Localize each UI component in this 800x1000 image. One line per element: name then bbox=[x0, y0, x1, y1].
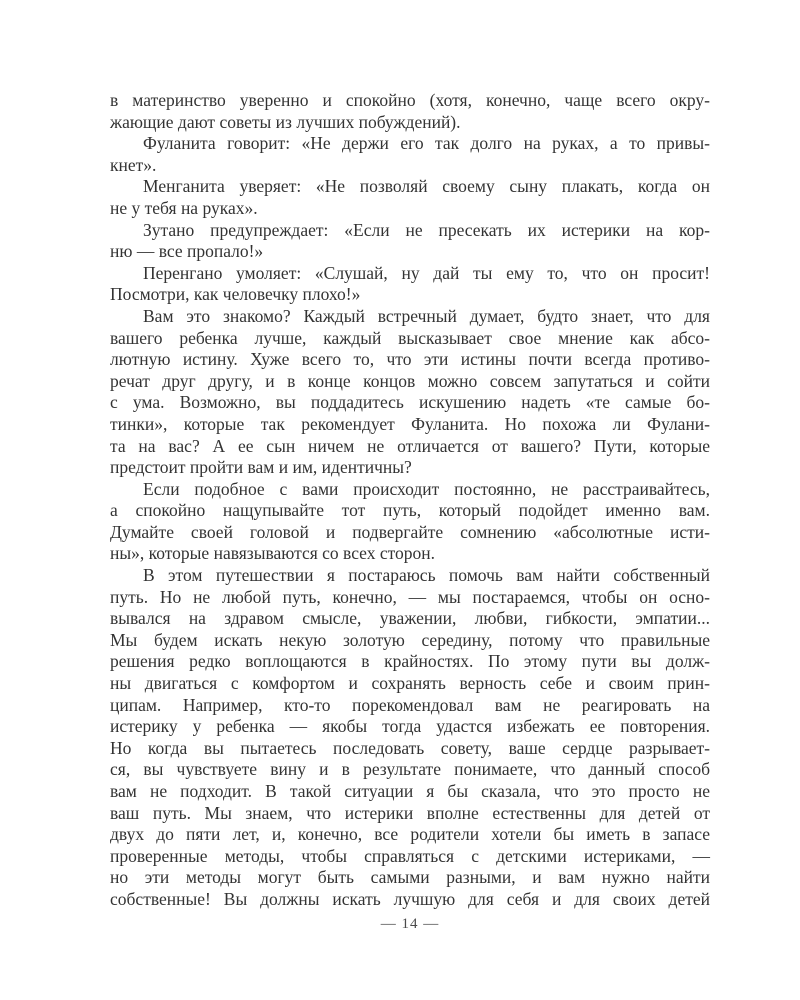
paragraph: Если подобное с вами происходит постоянн… bbox=[110, 479, 710, 565]
text-line: ся, вы чувствуете вину и в результате по… bbox=[110, 759, 710, 781]
text-line: В этом путешествии я постараюсь помочь в… bbox=[110, 565, 710, 587]
text-line: предстоит пройти вам и им, идентичны? bbox=[110, 457, 710, 479]
text-line: не у тебя на руках». bbox=[110, 198, 710, 220]
paragraph: Перенгано умоляет: «Слушай, ну дай ты ем… bbox=[110, 263, 710, 306]
text-line: Перенгано умоляет: «Слушай, ну дай ты ем… bbox=[110, 263, 710, 285]
text-line: ципам. Например, кто-то порекомендовал в… bbox=[110, 695, 710, 717]
text-line: истерику у ребенка — якобы тогда удастся… bbox=[110, 716, 710, 738]
text-line: Зутано предупреждает: «Если не пресекать… bbox=[110, 220, 710, 242]
text-line: та на вас? А ее сын ничем не отличается … bbox=[110, 436, 710, 458]
page-number: — 14 — bbox=[381, 916, 440, 932]
text-line: жающие дают советы из лучших побуждений)… bbox=[110, 112, 710, 134]
text-line: речат друг другу, и в конце концов можно… bbox=[110, 371, 710, 393]
text-line: но эти методы могут быть самыми разными,… bbox=[110, 867, 710, 889]
text-line: решения редко воплощаются в крайностях. … bbox=[110, 651, 710, 673]
text-line: ны», которые навязываются со всех сторон… bbox=[110, 543, 710, 565]
text-line: Менганита уверяет: «Не позволяй своему с… bbox=[110, 176, 710, 198]
text-line: а спокойно нащупывайте тот путь, который… bbox=[110, 500, 710, 522]
paragraph: в материнство уверенно и спокойно (хотя,… bbox=[110, 90, 710, 133]
text-line: Вам это знакомо? Каждый встречный думает… bbox=[110, 306, 710, 328]
text-line: вам не подходит. В такой ситуации я бы с… bbox=[110, 781, 710, 803]
text-line: с ума. Возможно, вы поддадитесь искушени… bbox=[110, 392, 710, 414]
text-line: в материнство уверенно и спокойно (хотя,… bbox=[110, 90, 710, 112]
text-line: Думайте своей головой и подвергайте сомн… bbox=[110, 522, 710, 544]
paragraph: Зутано предупреждает: «Если не пресекать… bbox=[110, 220, 710, 263]
text-line: двух до пяти лет, и, конечно, все родите… bbox=[110, 824, 710, 846]
text-line: кнет». bbox=[110, 155, 710, 177]
text-line: Если подобное с вами происходит постоянн… bbox=[110, 479, 710, 501]
text-line: путь. Но не любой путь, конечно, — мы по… bbox=[110, 587, 710, 609]
book-page: в материнство уверенно и спокойно (хотя,… bbox=[0, 0, 800, 1000]
text-line: ваш путь. Мы знаем, что истерики вполне … bbox=[110, 803, 710, 825]
text-line: лютную истину. Хуже всего то, что эти ис… bbox=[110, 349, 710, 371]
paragraph: В этом путешествии я постараюсь помочь в… bbox=[110, 565, 710, 911]
text-line: проверенные методы, чтобы справляться с … bbox=[110, 846, 710, 868]
paragraph: Фуланита говорит: «Не держи его так долг… bbox=[110, 133, 710, 176]
page-footer: — 14 — bbox=[110, 916, 710, 933]
text-line: ню — все пропало!» bbox=[110, 241, 710, 263]
text-line: Но когда вы пытаетесь последовать совету… bbox=[110, 738, 710, 760]
text-line: ны двигаться с комфортом и сохранять вер… bbox=[110, 673, 710, 695]
text-line: вывался на здравом смысле, уважении, люб… bbox=[110, 608, 710, 630]
paragraph: Менганита уверяет: «Не позволяй своему с… bbox=[110, 176, 710, 219]
text-line: Фуланита говорит: «Не держи его так долг… bbox=[110, 133, 710, 155]
text-line: тинки», которые так рекомендует Фуланита… bbox=[110, 414, 710, 436]
paragraph: Вам это знакомо? Каждый встречный думает… bbox=[110, 306, 710, 479]
text-line: вашего ребенка лучше, каждый высказывает… bbox=[110, 328, 710, 350]
text-block: в материнство уверенно и спокойно (хотя,… bbox=[110, 90, 710, 911]
text-line: Посмотри, как человечку плохо!» bbox=[110, 284, 710, 306]
text-line: Мы будем искать некую золотую середину, … bbox=[110, 630, 710, 652]
text-line: собственные! Вы должны искать лучшую для… bbox=[110, 889, 710, 911]
